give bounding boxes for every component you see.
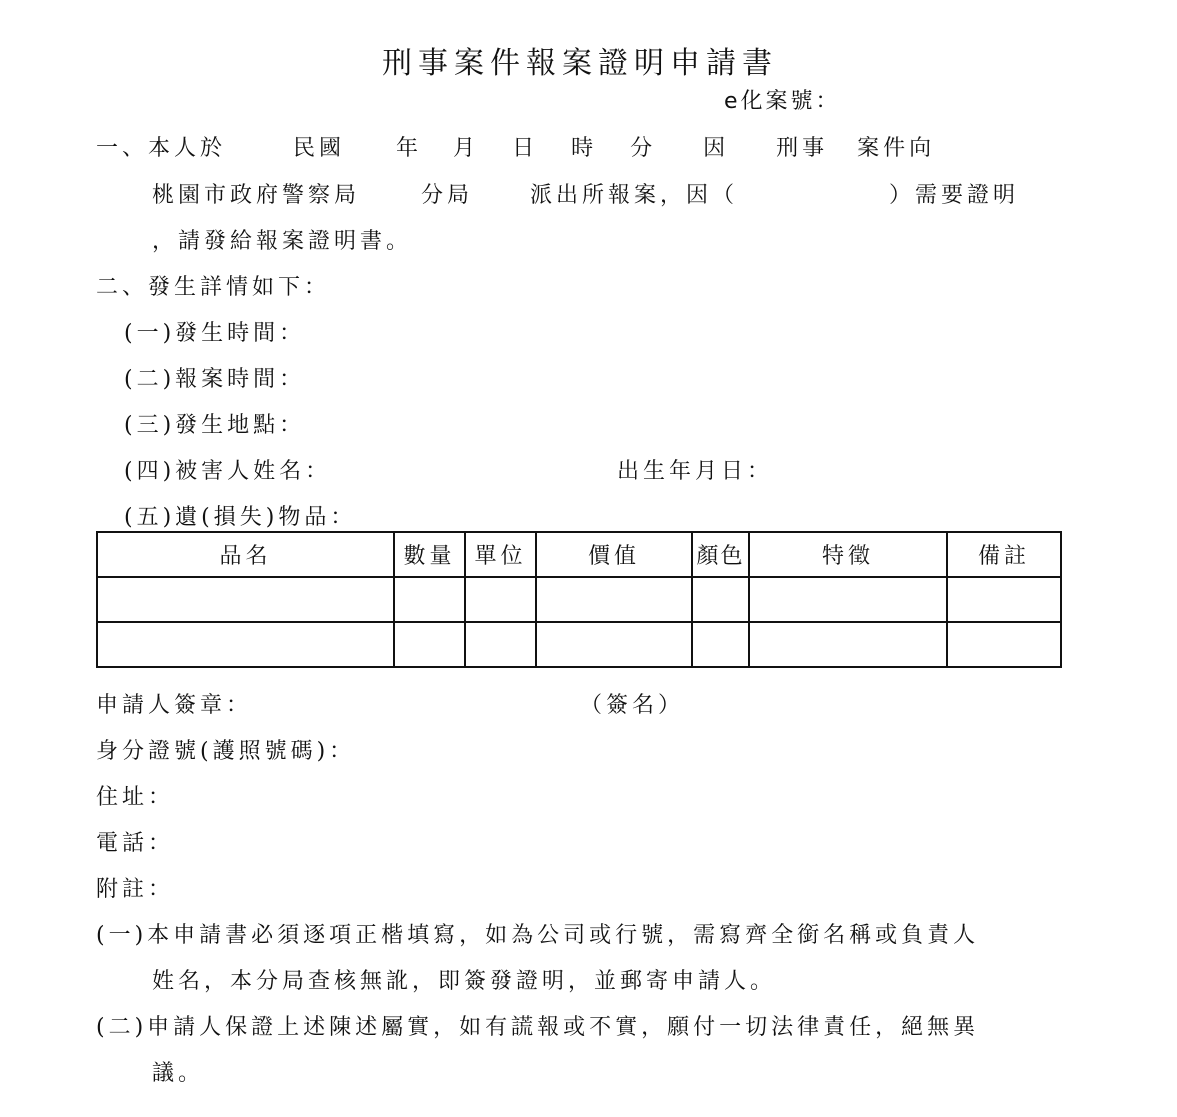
year-label: 年	[396, 136, 422, 161]
victim-name-label: (四)被害人姓名：	[124, 454, 331, 485]
column-header-value: 價值	[536, 532, 692, 577]
cell-quantity[interactable]	[394, 622, 465, 667]
cell-remarks[interactable]	[947, 622, 1061, 667]
column-header-color: 顏色	[692, 532, 749, 577]
signature-hint: （簽名）	[580, 688, 684, 719]
report-time-label: (二)報案時間：	[124, 362, 305, 393]
station-report-label: 派出所報案，因（	[530, 183, 738, 208]
table-row	[97, 622, 1061, 667]
column-header-item-name: 品名	[97, 532, 394, 577]
cell-features[interactable]	[749, 622, 947, 667]
because-label: 因	[703, 136, 729, 161]
minute-label: 分	[630, 136, 656, 161]
note-2-line-1: (二)申請人保證上述陳述屬實，如有謊報或不實，願付一切法律責任，絕無異	[96, 1010, 979, 1041]
table-row	[97, 577, 1061, 622]
cell-value[interactable]	[536, 622, 692, 667]
cell-unit[interactable]	[465, 577, 536, 622]
cell-color[interactable]	[692, 622, 749, 667]
section1-line1: 一、本人於 民國 年 月 日 時 分 因 刑事 案件向	[96, 131, 935, 162]
id-number-label: 身分證號(護照號碼)：	[96, 734, 355, 765]
hour-label: 時	[571, 136, 597, 161]
cell-unit[interactable]	[465, 622, 536, 667]
note-1-line-1: (一)本申請書必須逐項正楷填寫，如為公司或行號，需寫齊全銜名稱或負責人	[96, 918, 979, 949]
note-2-line-2: 議。	[152, 1056, 204, 1087]
birth-date-label: 出生年月日：	[617, 454, 773, 485]
section1-line2: 桃園市政府警察局 分局 派出所報案，因（ ）需要證明	[152, 178, 1019, 209]
lost-items-table: 品名 數量 單位 價值 顏色 特徵 備註	[96, 531, 1062, 668]
month-label: 月	[453, 136, 479, 161]
location-label: (三)發生地點：	[124, 408, 305, 439]
cell-item-name[interactable]	[97, 577, 394, 622]
phone-label: 電話：	[96, 826, 174, 857]
cell-item-name[interactable]	[97, 622, 394, 667]
applicant-signature-label: 申請人簽章：	[96, 688, 252, 719]
cell-quantity[interactable]	[394, 577, 465, 622]
section1-line3: ，請發給報案證明書。	[152, 224, 412, 255]
column-header-unit: 單位	[465, 532, 536, 577]
e-case-number-label: e化案號：	[724, 84, 841, 115]
column-header-features: 特徵	[749, 532, 947, 577]
criminal-label: 刑事	[776, 136, 828, 161]
agency-label: 桃園市政府警察局	[152, 183, 360, 208]
cell-features[interactable]	[749, 577, 947, 622]
column-header-quantity: 數量	[394, 532, 465, 577]
section1-prefix: 一、本人於	[96, 136, 226, 161]
lost-items-label: (五)遺(損失)物品：	[124, 500, 356, 531]
table-header-row: 品名 數量 單位 價值 顏色 特徵 備註	[97, 532, 1061, 577]
column-header-remarks: 備註	[947, 532, 1061, 577]
address-label: 住址：	[96, 780, 174, 811]
roc-label: 民國	[293, 136, 345, 161]
occurrence-time-label: (一)發生時間：	[124, 316, 305, 347]
precinct-label: 分局	[421, 183, 473, 208]
cell-remarks[interactable]	[947, 577, 1061, 622]
document-title: 刑事案件報案證明申請書	[0, 38, 1160, 82]
need-proof-label: ）需要證明	[889, 183, 1019, 208]
notes-label: 附註：	[96, 872, 174, 903]
section2-heading: 二、發生詳情如下：	[96, 270, 330, 301]
cell-value[interactable]	[536, 577, 692, 622]
case-to-label: 案件向	[857, 136, 935, 161]
cell-color[interactable]	[692, 577, 749, 622]
day-label: 日	[512, 136, 538, 161]
note-1-line-2: 姓名，本分局查核無訛，即簽發證明，並郵寄申請人。	[152, 964, 776, 995]
